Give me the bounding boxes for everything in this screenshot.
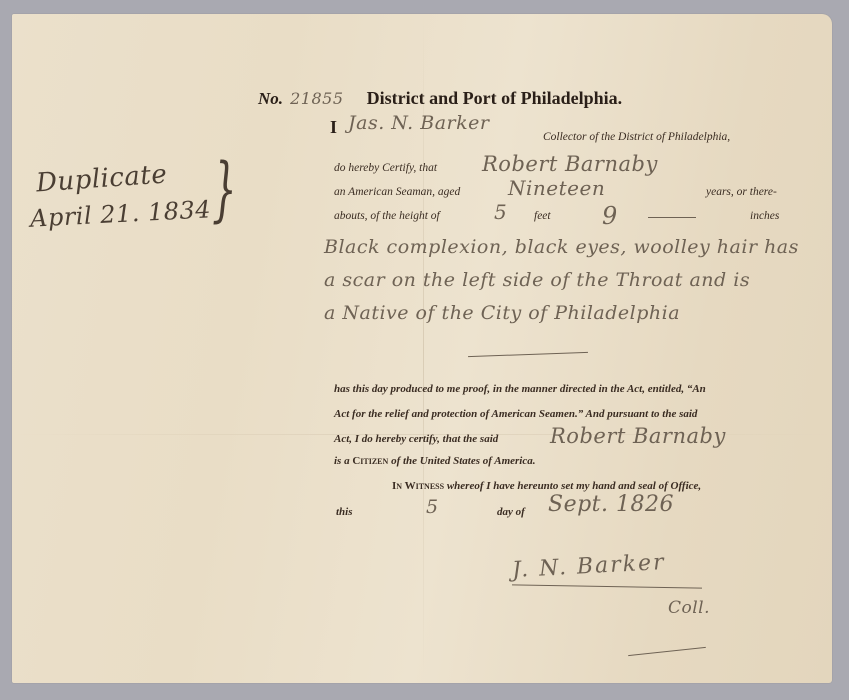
this-label: this [336, 506, 353, 518]
inches-label: inches [750, 210, 779, 222]
margin-note-date: April 21. 1834 [29, 195, 211, 232]
seaman-aged-label: an American Seaman, aged [334, 186, 460, 198]
years-label: years, or there- [706, 186, 777, 198]
height-label: abouts, of the height of [334, 210, 440, 222]
body-line-1: has this day produced to me proof, in th… [334, 383, 706, 395]
description-end-flourish [468, 352, 588, 357]
height-feet: 5 [494, 200, 507, 224]
district-heading: District and Port of Philadelphia. [367, 88, 623, 108]
date-value: Sept. 1826 [548, 492, 674, 517]
pronoun-i: I [330, 117, 337, 138]
description-line-2: a scar on the left side of the Throat an… [324, 269, 750, 291]
signature-flourish [628, 647, 706, 656]
seaman-age: Nineteen [508, 176, 605, 200]
collector-signature-suffix: Coll. [668, 598, 710, 618]
witness-line: In Witness whereof I have hereunto set m… [392, 480, 701, 492]
body-line-2: Act for the relief and protection of Ame… [334, 408, 697, 420]
collector-name: Jas. N. Barker [348, 112, 489, 134]
height-inches: 9 [602, 202, 618, 230]
signature-underline [512, 584, 702, 588]
certificate-number: 21855 [290, 89, 343, 108]
collector-signature: J. N. Barker [511, 550, 666, 583]
number-label: No. [258, 89, 283, 108]
margin-note-duplicate: Duplicate [35, 159, 168, 198]
body-line-3: Act, I do hereby certify, that the said [334, 433, 498, 445]
description-line-1: Black complexion, black eyes, woolley ha… [324, 236, 799, 258]
certify-label: do hereby Certify, that [334, 162, 437, 174]
seaman-name-repeat: Robert Barnaby [550, 424, 726, 448]
description-line-3: a Native of the City of Philadelphia [324, 302, 680, 324]
certificate-paper: Duplicate April 21. 1834 } No. 21855 Dis… [12, 14, 832, 683]
collector-title: Collector of the District of Philadelphi… [543, 131, 730, 143]
citizen-line: is a Citizen of the United States of Ame… [334, 455, 535, 467]
day-of-label: day of [497, 506, 525, 518]
citizen-word: Citizen [352, 455, 388, 467]
feet-label: feet [534, 210, 551, 222]
inches-dash [648, 217, 696, 218]
certificate-header: No. 21855 District and Port of Philadelp… [258, 88, 622, 109]
day-value: 5 [426, 496, 439, 518]
margin-note-brace: } [212, 154, 237, 224]
seaman-name: Robert Barnaby [482, 152, 658, 176]
witness-word: In Witness [392, 480, 444, 492]
